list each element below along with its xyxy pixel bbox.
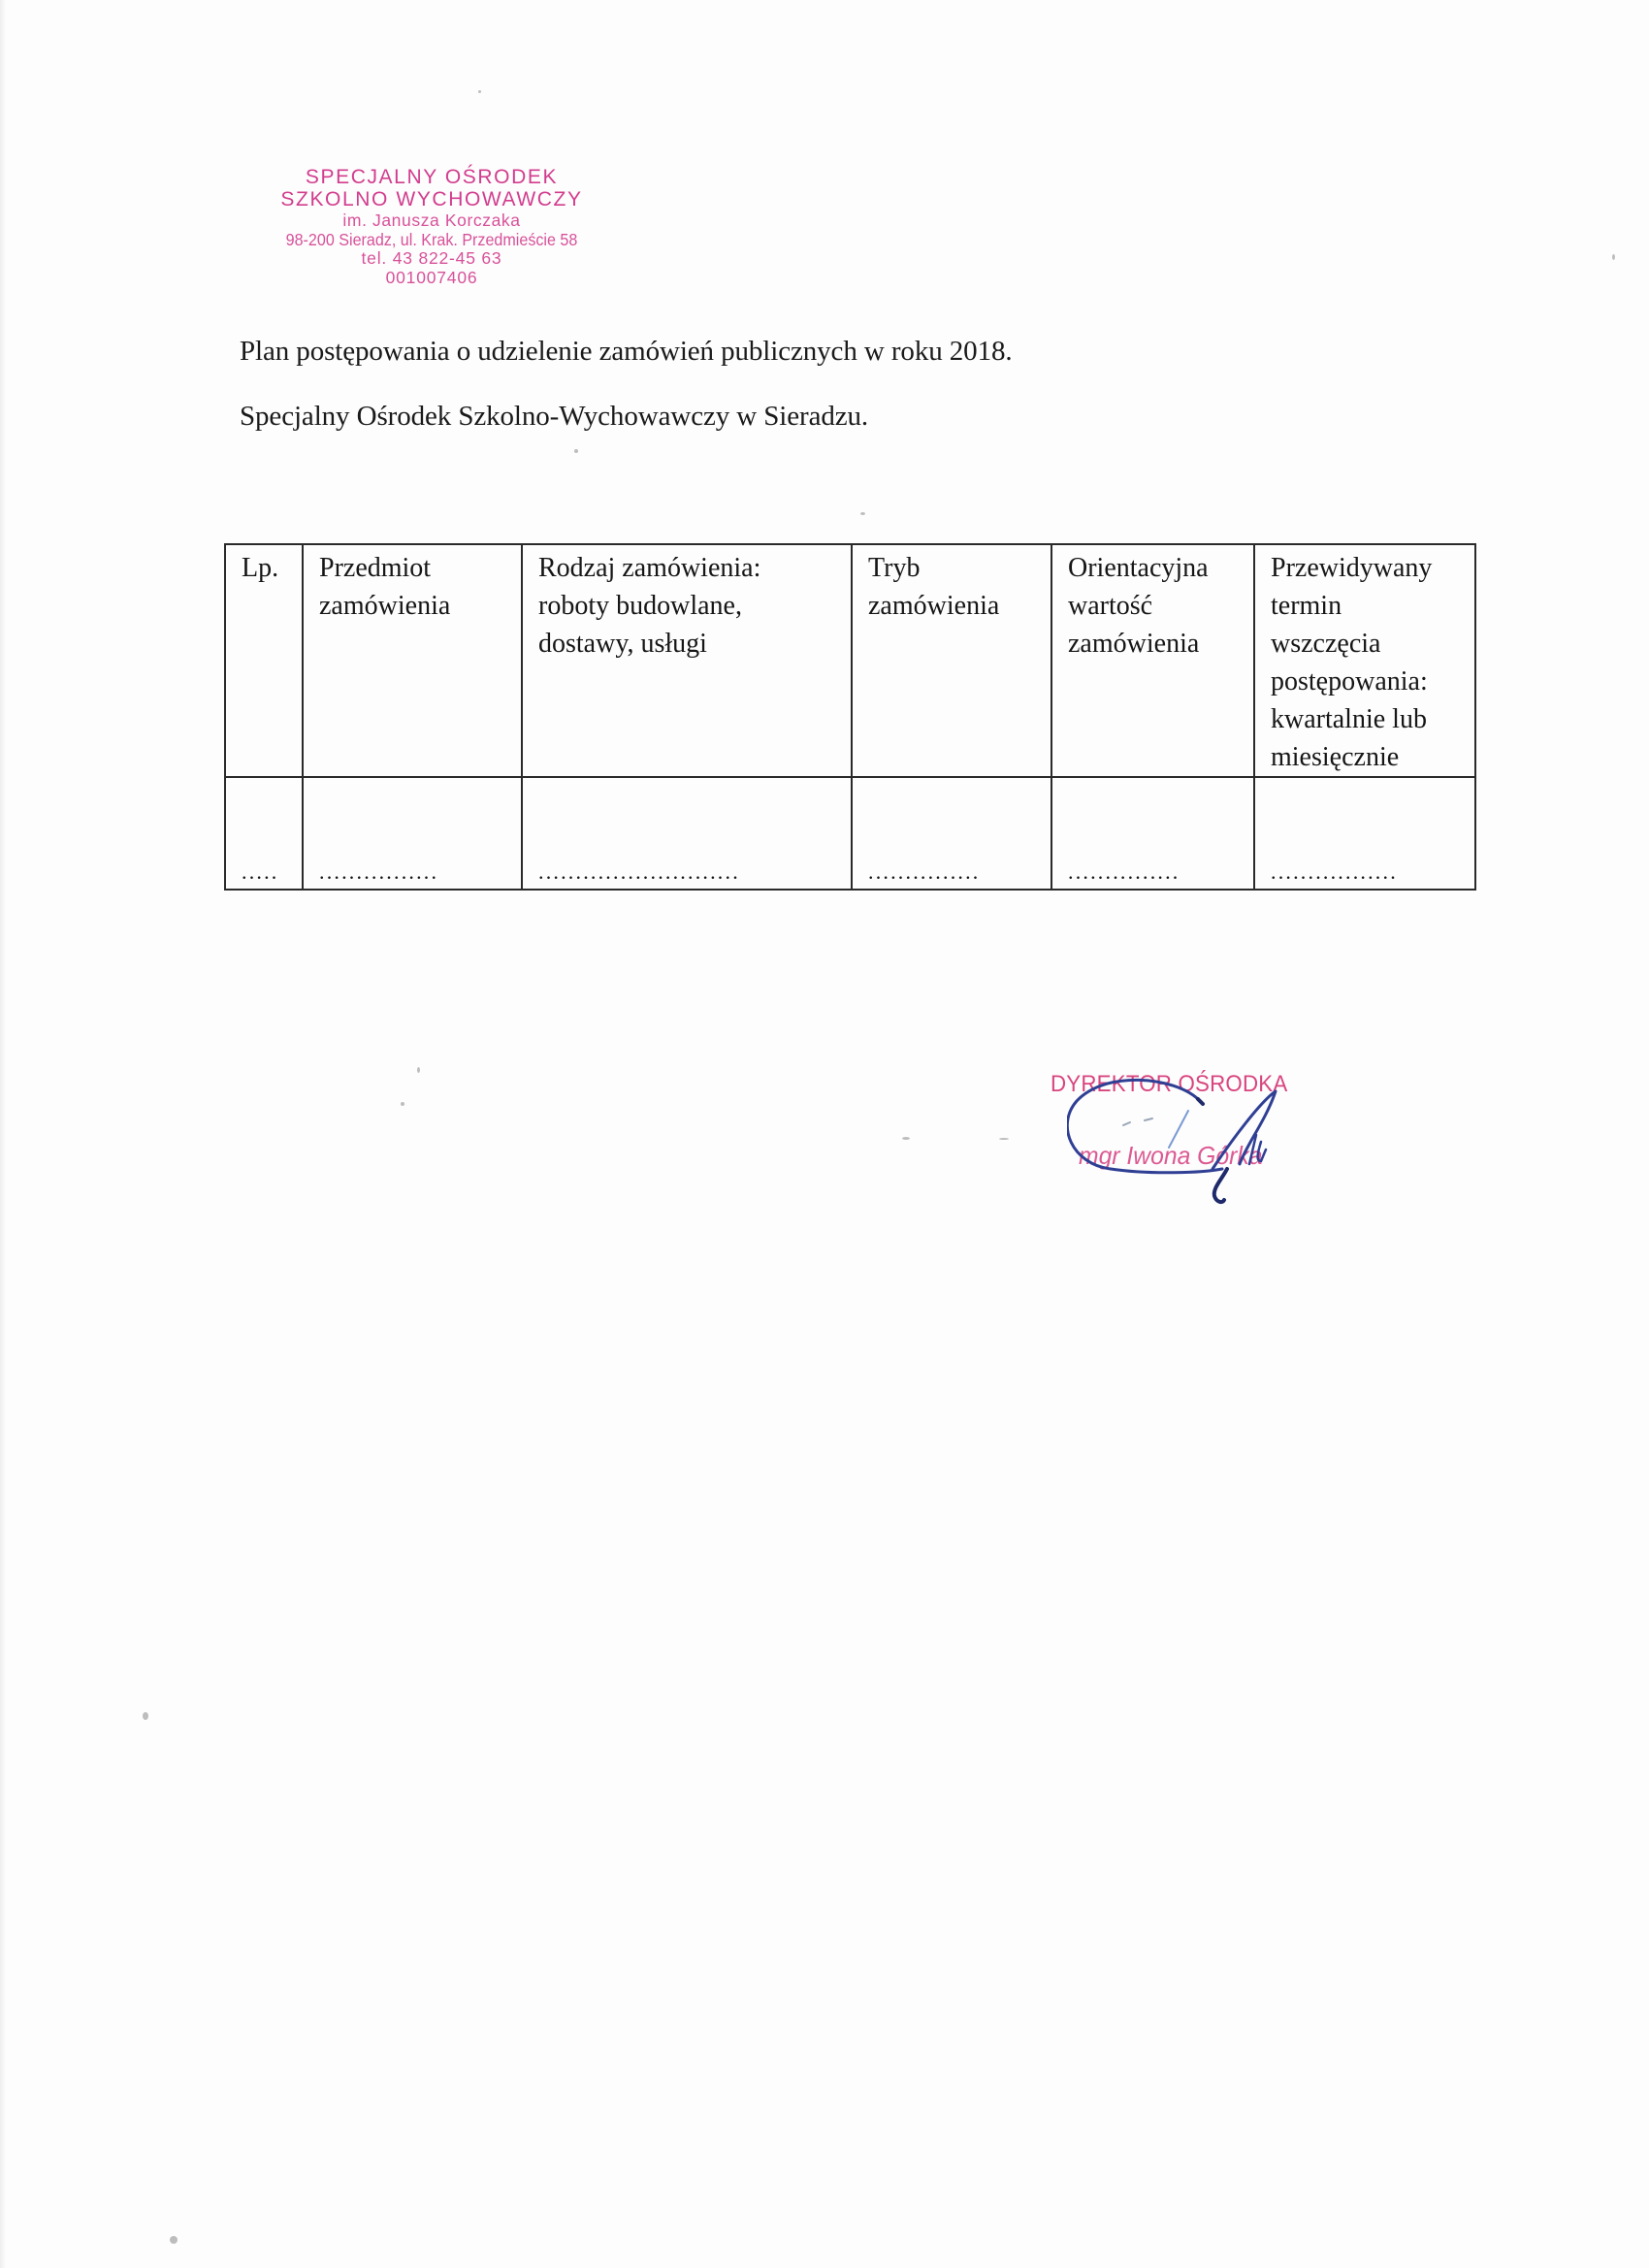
- scan-edge: [0, 0, 6, 2268]
- cell-lp: .....: [225, 777, 303, 890]
- scan-speck: [401, 1102, 404, 1106]
- procurement-plan-table: Lp. Przedmiotzamówienia Rodzaj zamówieni…: [224, 543, 1476, 891]
- stamp-phone: tel. 43 822-45 63: [247, 250, 616, 268]
- header-procedure-mode: Trybzamówienia: [852, 544, 1051, 777]
- header-line: postępowania:: [1271, 663, 1467, 700]
- institution-stamp: SPECJALNY OŚRODEK SZKOLNO WYCHOWAWCZY im…: [247, 167, 616, 288]
- scan-speck: [902, 1137, 910, 1140]
- stamp-line-2: SZKOLNO WYCHOWAWCZY: [247, 189, 616, 210]
- header-line: termin: [1271, 587, 1467, 625]
- cell-order-type: ...........................: [522, 777, 852, 890]
- header-line: Orientacyjna: [1068, 549, 1245, 587]
- header-line: Przewidywany: [1271, 549, 1467, 587]
- scan-speck: [417, 1067, 420, 1073]
- cell-subject: ................: [303, 777, 522, 890]
- header-line: kwartalnie lub: [1271, 700, 1467, 738]
- header-line: Lp.: [242, 549, 294, 587]
- document-page: SPECJALNY OŚRODEK SZKOLNO WYCHOWAWCZY im…: [0, 0, 1649, 2268]
- header-line: dostawy, usługi: [538, 625, 843, 663]
- header-estimated-value: Orientacyjnawartośćzamówienia: [1051, 544, 1254, 777]
- director-name: mgr Iwona Górka: [1079, 1141, 1309, 1171]
- header-subject: Przedmiotzamówienia: [303, 544, 522, 777]
- cell-planned-start: .................: [1254, 777, 1475, 890]
- header-line: Przedmiot: [319, 549, 513, 587]
- header-line: zamówienia: [1068, 625, 1245, 663]
- header-line: Rodzaj zamówienia:: [538, 549, 843, 587]
- scan-speck: [1612, 254, 1615, 260]
- header-line: zamówienia: [319, 587, 513, 625]
- header-line: miesięcznie: [1271, 738, 1467, 776]
- header-line: Tryb: [868, 549, 1043, 587]
- scan-speck: [143, 1712, 148, 1720]
- scan-speck: [860, 512, 865, 515]
- stamp-line-3: im. Janusza Korczaka: [247, 212, 616, 230]
- document-title: Plan postępowania o udzielenie zamówień …: [240, 336, 1013, 368]
- header-line: zamówienia: [868, 587, 1043, 625]
- scan-speck: [574, 449, 578, 453]
- institution-name: Specjalny Ośrodek Szkolno-Wychowawczy w …: [240, 401, 868, 433]
- cell-estimated-value: ...............: [1051, 777, 1254, 890]
- header-line: wszczęcia: [1271, 625, 1467, 663]
- stamp-regon: 001007406: [247, 270, 616, 287]
- table-header-row: Lp. Przedmiotzamówienia Rodzaj zamówieni…: [225, 544, 1475, 777]
- header-planned-start: Przewidywanyterminwszczęciapostępowania:…: [1254, 544, 1475, 777]
- header-lp: Lp.: [225, 544, 303, 777]
- cell-procedure-mode: ...............: [852, 777, 1051, 890]
- director-role: DYREKTOR OŚRODKA: [1051, 1071, 1303, 1098]
- stamp-address: 98-200 Sieradz, ul. Krak. Przedmieście 5…: [262, 232, 601, 249]
- scan-speck: [478, 90, 481, 93]
- header-line: wartość: [1068, 587, 1245, 625]
- header-line: roboty budowlane,: [538, 587, 843, 625]
- director-stamp: DYREKTOR OŚRODKA mgr Iwona Górka: [1051, 1071, 1322, 1171]
- stamp-line-1: SPECJALNY OŚRODEK: [247, 167, 616, 187]
- scan-speck: [999, 1138, 1009, 1140]
- table-row: ..... ................ .................…: [225, 777, 1475, 890]
- scan-speck: [170, 2236, 178, 2244]
- header-order-type: Rodzaj zamówienia:roboty budowlane,dosta…: [522, 544, 852, 777]
